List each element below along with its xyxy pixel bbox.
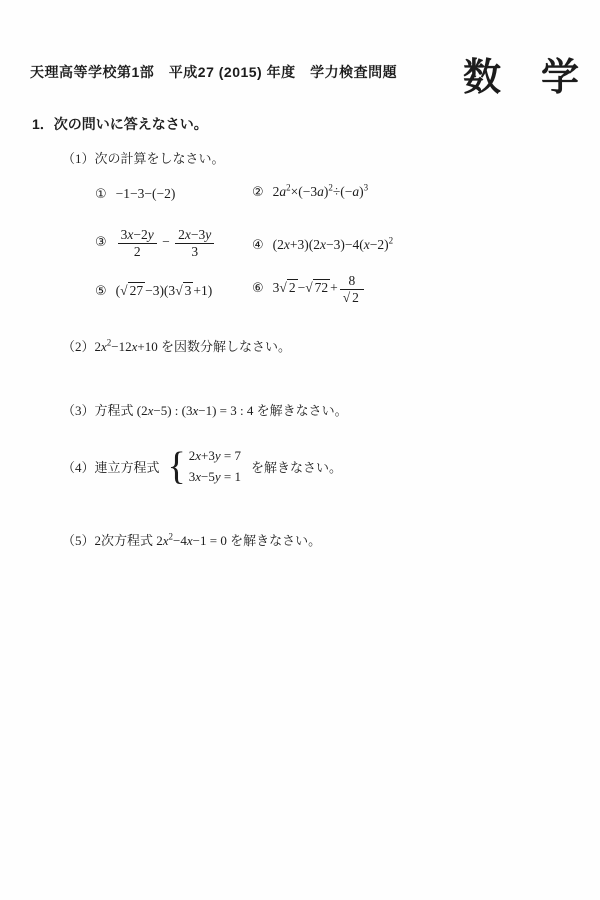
item-expression: −1−3−(−2) [116,186,176,201]
item-expression: (2x+3)(2x−3)−4(x−2)2 [273,237,393,252]
exam-page: 天理高等学校第1部 平成27 (2015) 年度 学力検査問題 数 学 1．次の… [0,0,600,900]
question-4-prefix: （4）連立方程式 [62,457,160,476]
item-number: ② [252,185,264,200]
system-brace: { [168,447,186,486]
system-equations: 2x+3y = 7 3x−5y = 1 [189,446,241,488]
item-number: ⑥ [252,281,264,296]
item-number: ④ [252,238,264,253]
calc-item-4: ④(2x+3)(2x−3)−4(x−2)2 [252,237,393,253]
item-expression: 2a2×(−3a)2÷(−a)3 [273,184,369,199]
question-1-label: （1）次の計算をしなさい。 [62,148,225,167]
item-number: ① [95,187,107,202]
item-expression: 3√2−√72+8√2 [273,280,366,295]
exam-header-info: 天理高等学校第1部 平成27 (2015) 年度 学力検査問題 [30,62,397,82]
item-expression: 3x−2y2 − 2x−3y3 [116,234,217,249]
calc-item-3: ③3x−2y2 − 2x−3y3 [95,227,216,259]
calc-item-6: ⑥3√2−√72+8√2 [252,273,366,305]
equation-line-1: 2x+3y = 7 [189,446,241,467]
question-2: （2）2x2−12x+10 を因数分解しなさい。 [62,336,291,355]
item-number: ⑤ [95,284,107,299]
question-3: （3）方程式 (2x−5) : (3x−1) = 3 : 4 を解きなさい。 [62,400,348,419]
question-4: （4）連立方程式 { 2x+3y = 7 3x−5y = 1 を解きなさい。 [62,446,342,488]
equation-line-2: 3x−5y = 1 [189,467,241,488]
item-expression: (√27−3)(3√3+1) [116,282,213,298]
problem-1-title: 1．次の問いに答えなさい。 [32,114,208,134]
calc-item-1: ①−1−3−(−2) [95,186,175,202]
calc-item-2: ②2a2×(−3a)2÷(−a)3 [252,184,368,200]
question-5: （5）2次方程式 2x2−4x−1 = 0 を解きなさい。 [62,530,321,549]
item-number: ③ [95,235,107,250]
calc-item-5: ⑤(√27−3)(3√3+1) [95,283,212,299]
subject-title: 数 学 [463,46,580,101]
question-4-suffix: を解きなさい。 [251,457,342,476]
